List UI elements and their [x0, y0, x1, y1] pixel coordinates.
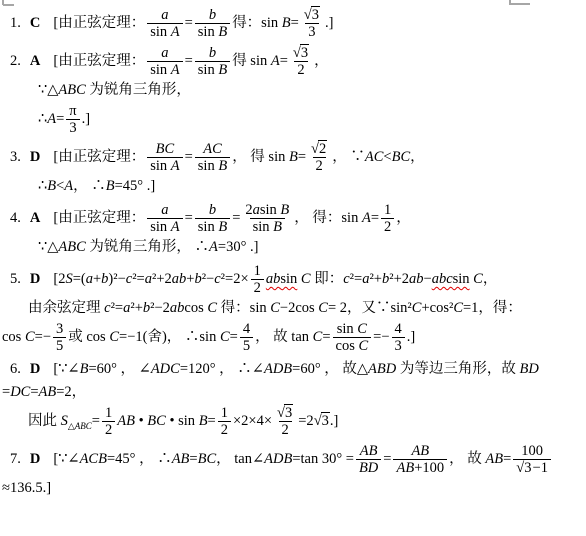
math-text: 3	[312, 7, 319, 23]
math-text: =45° .]	[115, 178, 156, 194]
math-text: <	[383, 149, 391, 165]
fraction-numerator: √2	[308, 141, 330, 157]
fraction: 35	[53, 321, 66, 354]
math-subscript: △ABC	[68, 421, 92, 431]
fraction-numerator: 4	[392, 321, 405, 337]
radical-sign-icon: √	[277, 405, 284, 421]
math-text: sin	[198, 62, 219, 78]
math-text: =tan 30° =	[292, 451, 354, 467]
math-variable: C	[358, 338, 368, 354]
math-text: ∴	[38, 111, 47, 127]
math-text: −1	[533, 460, 548, 476]
math-variable: C	[357, 321, 367, 337]
radical-sign-icon: √	[293, 45, 300, 61]
math-text: sin	[150, 62, 171, 78]
solution-row: 3.D[由正弦定理：BCsin A=ACsin B， 得 sin B=√22， …	[10, 141, 580, 174]
math-text: =(	[73, 271, 86, 287]
math-text: [由正弦定理：	[53, 210, 145, 226]
math-text: 2	[105, 422, 112, 438]
fraction-numerator: a	[158, 202, 171, 218]
math-text: .]	[325, 15, 333, 31]
answer-letter: D	[30, 451, 40, 467]
fraction: asin A	[147, 45, 182, 78]
math-variable: a	[253, 202, 260, 218]
math-variable: AB	[117, 413, 135, 429]
solution-row: 6.D[∵∠B=60° ， ∠ADC=120° ， ∴∠ADB=60° ， 故△…	[10, 359, 580, 380]
math-text: sin	[260, 202, 281, 218]
fraction-numerator: √3	[301, 7, 323, 23]
math-variable: AC	[203, 141, 222, 157]
fraction-denominator: cos C	[333, 337, 372, 354]
math-text: +	[93, 271, 101, 287]
solution-row: 因此 S△ABC=12AB • BC • sin B=12×2×4×√32=2√…	[28, 405, 580, 438]
math-text: ，	[483, 271, 498, 287]
math-text: 即：	[311, 271, 344, 287]
math-text: 3	[69, 120, 76, 136]
fraction: bsin B	[195, 7, 230, 40]
fraction: asin A	[147, 7, 182, 40]
math-text: sin	[198, 24, 219, 40]
math-variable: C	[318, 300, 328, 316]
math-text: ， 得：sin	[294, 210, 362, 226]
math-text: =60° ， 故△	[292, 361, 368, 377]
item-number: 4.	[10, 210, 21, 226]
math-text: =	[208, 413, 216, 429]
fraction-denominator: sin B	[195, 61, 230, 78]
math-text: 3	[285, 405, 292, 421]
math-text: 3	[308, 24, 315, 40]
math-variable: C	[109, 329, 119, 345]
math-text: ∵△	[38, 239, 58, 255]
fraction-denominator: AB+100	[393, 459, 447, 476]
math-variable: B	[218, 158, 227, 174]
math-text: 2	[221, 422, 228, 438]
fraction-numerator: AC	[200, 141, 225, 157]
math-text: cos	[2, 329, 25, 345]
fraction: 12	[251, 263, 264, 296]
solution-row: 5.D[2S=(a+b)²−c²=a²+2ab+b²−c²=2×12absin …	[10, 263, 580, 296]
fraction: BCsin A	[147, 141, 182, 174]
math-text: =	[298, 149, 306, 165]
math-text: =2，	[56, 384, 86, 400]
math-text: 3	[524, 460, 531, 476]
math-text: 得：sin	[232, 15, 282, 31]
fraction-denominator: sin B	[195, 157, 230, 174]
math-text: ²−2	[150, 300, 170, 316]
fraction-numerator: AB	[357, 443, 381, 459]
math-variable: B	[106, 178, 115, 194]
math-text: ²=	[350, 271, 363, 287]
item-number: 5.	[10, 271, 21, 287]
math-text: cos	[184, 300, 207, 316]
math-variable: BD	[519, 361, 538, 377]
fraction-denominator: 2	[218, 421, 231, 438]
fraction-numerator: b	[206, 7, 219, 23]
math-variable: B	[199, 413, 208, 429]
item-number: 3.	[10, 149, 21, 165]
math-text: =	[232, 210, 240, 226]
math-variable: A	[171, 24, 180, 40]
fraction-denominator: 5	[240, 337, 253, 354]
math-variable: B	[218, 62, 227, 78]
math-text: =−	[373, 329, 389, 345]
math-text: =	[503, 451, 511, 467]
solutions-list: 1.C[由正弦定理：asin A=bsin B得：sin B=√33.]2.A[…	[10, 7, 580, 499]
math-text: ²+	[130, 300, 143, 316]
solution-row: ∵△ABC 为锐角三角形，	[38, 80, 580, 101]
math-variable: S	[61, 413, 68, 429]
spellcheck-squiggle-text: absin	[266, 271, 297, 287]
math-text: [由正弦定理：	[53, 149, 145, 165]
math-text: 为锐角三角形，	[86, 82, 191, 98]
math-variable: ab	[409, 271, 424, 287]
math-text: =120° ， ∴∠	[180, 361, 264, 377]
radicand: 3	[523, 459, 532, 476]
math-text: =60° ， ∠	[88, 361, 150, 377]
fraction-denominator: sin A	[147, 218, 182, 235]
math-text: 2	[245, 202, 252, 218]
math-variable: DC	[10, 384, 30, 400]
fraction: bsin B	[195, 45, 230, 78]
fraction-numerator: 3	[53, 321, 66, 337]
math-variable: B	[218, 24, 227, 40]
math-text: ²=	[132, 271, 145, 287]
math-text: ， ∵	[332, 149, 365, 165]
math-text: ，	[396, 210, 411, 226]
math-text: ， 故	[449, 451, 485, 467]
fraction-denominator: 2	[294, 61, 307, 78]
math-variable: ADC	[151, 361, 180, 377]
math-text: 2	[254, 280, 261, 296]
fraction-numerator: 2asin B	[242, 202, 292, 218]
math-text: =2	[298, 413, 313, 429]
answer-key-page: 1.C[由正弦定理：asin A=bsin B得：sin B=√33.]2.A[…	[0, 0, 586, 499]
math-text: 3	[301, 45, 308, 61]
math-variable: B	[280, 202, 289, 218]
math-variable: A	[209, 239, 218, 255]
fraction: √32	[274, 405, 296, 438]
square-root: √3	[277, 405, 293, 421]
math-variable: ab	[170, 300, 185, 316]
math-text: =	[30, 384, 38, 400]
fraction-denominator: sin A	[147, 157, 182, 174]
fraction-numerator: 100	[518, 443, 546, 459]
math-text: = 2，又∵sin²	[328, 300, 412, 316]
math-text: 3	[395, 338, 402, 354]
fraction-denominator: 5	[53, 337, 66, 354]
math-text: 1	[221, 405, 228, 421]
fraction: 45	[240, 321, 253, 354]
math-variable: AB	[411, 443, 429, 459]
answer-letter: D	[30, 271, 40, 287]
math-variable: a	[161, 7, 168, 23]
fraction: sin Ccos C	[333, 321, 372, 354]
solution-row: ∴A=π3.]	[38, 103, 580, 136]
math-text: =−	[35, 329, 51, 345]
math-text: 4	[243, 321, 250, 337]
solution-row: cos C=−35或 cos C=−1(舍)， ∴sin C=45， 故 tan…	[2, 321, 580, 354]
math-variable: B	[273, 219, 282, 235]
fraction: 43	[392, 321, 405, 354]
math-text: =	[185, 210, 193, 226]
math-variable: a	[86, 271, 93, 287]
fraction-numerator: 1	[102, 405, 115, 421]
math-text: =1，得：	[463, 300, 522, 316]
fraction: √33	[301, 7, 323, 40]
answer-letter: D	[30, 361, 40, 377]
fraction: π3	[66, 103, 79, 136]
math-text: sin	[150, 24, 171, 40]
fraction-denominator: 3	[392, 337, 405, 354]
math-text: 由余弦定理	[28, 300, 104, 316]
math-variable: ACB	[80, 451, 107, 467]
math-variable: b	[209, 202, 216, 218]
square-root: √3	[293, 45, 309, 61]
radicand: 3	[311, 6, 320, 23]
math-text: [由正弦定理：	[53, 15, 145, 31]
math-variable: ab	[266, 271, 281, 287]
math-text: 3	[56, 321, 63, 337]
math-text: )²−	[108, 271, 125, 287]
math-text: ²+	[369, 271, 382, 287]
math-text: 得：sin	[217, 300, 270, 316]
math-variable: AB	[485, 451, 503, 467]
math-text: 为锐角三角形， ∴	[86, 239, 209, 255]
math-text: 或 cos	[68, 329, 109, 345]
math-variable: S	[65, 271, 72, 287]
radical-sign-icon: √	[314, 413, 321, 429]
solution-row: 4.A[由正弦定理：asin A=bsin B=2asin Bsin B， 得：…	[10, 202, 580, 235]
math-variable: A	[271, 53, 280, 69]
math-variable: C	[412, 300, 422, 316]
math-text: −	[424, 271, 432, 287]
fraction-numerator: π	[66, 103, 79, 119]
math-text: 1	[105, 405, 112, 421]
math-text: ， 故 tan	[255, 329, 313, 345]
math-variable: AB	[172, 451, 190, 467]
math-variable: ABC	[58, 239, 85, 255]
math-text: .]	[407, 329, 415, 345]
fraction-numerator: √3	[274, 405, 296, 421]
math-text: 2	[282, 422, 289, 438]
math-text: sin	[453, 271, 470, 287]
answer-letter: A	[30, 53, 40, 69]
math-text: =	[322, 329, 330, 345]
math-variable: C	[220, 329, 230, 345]
answer-letter: C	[30, 15, 40, 31]
fraction-denominator: 2	[381, 218, 394, 235]
math-variable: BC	[147, 413, 166, 429]
radical-sign-icon: √	[311, 141, 318, 157]
math-text: [∵∠	[53, 451, 79, 467]
math-text: 100	[521, 443, 543, 459]
math-text: =	[291, 15, 299, 31]
fraction-denominator: sin A	[147, 61, 182, 78]
crop-artifact-right-horizontal	[509, 3, 530, 5]
math-text: 1	[254, 263, 261, 279]
math-variable: BC	[198, 451, 217, 467]
fraction-numerator: √3	[290, 45, 312, 61]
item-number: 7.	[10, 451, 21, 467]
math-variable: B	[218, 219, 227, 235]
math-variable: ABC	[58, 82, 85, 98]
fraction-denominator: 2	[102, 421, 115, 438]
math-variable: A	[171, 62, 180, 78]
math-text: =	[230, 329, 238, 345]
math-text: =	[185, 149, 193, 165]
math-variable: C	[473, 271, 483, 287]
math-variable: AB	[360, 443, 378, 459]
math-variable: C	[313, 329, 323, 345]
math-text: [2	[53, 271, 65, 287]
solution-row: 2.A[由正弦定理：asin A=bsin B得 sin A=√32，	[10, 45, 580, 78]
math-text: sin	[150, 158, 171, 174]
solution-item: 2.A[由正弦定理：asin A=bsin B得 sin A=√32，∵△ABC…	[10, 45, 580, 136]
radicand: 3	[321, 412, 330, 429]
math-variable: AB	[396, 460, 414, 476]
answer-letter: D	[30, 149, 40, 165]
math-text: .]	[330, 413, 338, 429]
math-text: 2	[319, 141, 326, 157]
math-text: =	[185, 15, 193, 31]
math-text: sin	[150, 219, 171, 235]
math-variable: abc	[432, 271, 453, 287]
solution-item: 6.D[∵∠B=60° ， ∠ADC=120° ， ∴∠ADB=60° ， 故△…	[10, 359, 580, 438]
math-text: =	[189, 451, 197, 467]
math-text: =	[383, 451, 391, 467]
math-text: 2	[384, 219, 391, 235]
math-text: +100	[414, 460, 444, 476]
math-text: sin	[253, 219, 274, 235]
fraction-denominator: 3	[305, 23, 318, 40]
math-variable: BC	[392, 149, 411, 165]
fraction: asin A	[147, 202, 182, 235]
math-text: ，	[314, 53, 329, 69]
math-text: sin	[280, 271, 297, 287]
math-text: ， tan∠	[216, 451, 264, 467]
fraction-numerator: b	[206, 202, 219, 218]
math-text: ，	[410, 149, 425, 165]
math-variable: AB	[39, 384, 57, 400]
item-number: 6.	[10, 361, 21, 377]
item-number: 1.	[10, 15, 21, 31]
fraction-denominator: √3−1	[513, 459, 551, 476]
math-text: ²−	[202, 271, 215, 287]
fraction-denominator: 3	[66, 119, 79, 136]
solution-row: 由余弦定理 c²=a²+b²−2abcos C 得：sin C−2cos C= …	[28, 298, 580, 319]
math-text: 5	[56, 338, 63, 354]
math-text: [∵∠	[53, 361, 79, 377]
math-text: 为等边三角形，故	[396, 361, 519, 377]
math-text: =	[280, 53, 288, 69]
math-text: 因此	[28, 413, 61, 429]
math-text: 5	[243, 338, 250, 354]
fraction-denominator: BD	[356, 459, 381, 476]
solution-item: 7.D[∵∠ACB=45° ， ∴AB=BC， tan∠ADB=tan 30° …	[10, 443, 580, 499]
math-variable: a	[161, 45, 168, 61]
math-variable: b	[209, 7, 216, 23]
math-text: ²+2	[389, 271, 409, 287]
fraction-denominator: sin B	[195, 23, 230, 40]
fraction-numerator: 1	[218, 405, 231, 421]
radical-sign-icon: √	[304, 7, 311, 23]
math-variable: B	[282, 15, 291, 31]
fraction: 12	[218, 405, 231, 438]
math-variable: b	[194, 271, 201, 287]
solution-item: 4.A[由正弦定理：asin A=bsin B=2asin Bsin B， 得：…	[10, 202, 580, 258]
math-text: 2	[297, 62, 304, 78]
math-variable: b	[209, 45, 216, 61]
math-text: =30° .]	[218, 239, 259, 255]
fraction-numerator: 1	[251, 263, 264, 279]
fraction-numerator: AB	[408, 443, 432, 459]
math-text: 4	[395, 321, 402, 337]
math-variable: A	[47, 111, 56, 127]
math-variable: BD	[359, 460, 378, 476]
math-text: ×2×4×	[233, 413, 272, 429]
math-text: ， 得 sin	[232, 149, 289, 165]
square-root: √3	[516, 460, 532, 476]
radicand: 3	[300, 44, 309, 61]
math-text: =45° ， ∴	[107, 451, 172, 467]
radicand: 3	[284, 404, 293, 421]
answer-letter: A	[30, 210, 40, 226]
math-variable: ab	[172, 271, 187, 287]
math-variable: ADB	[264, 361, 292, 377]
crop-artifact-left-horizontal	[3, 4, 14, 6]
math-text: 1	[384, 202, 391, 218]
math-text: ∴	[38, 178, 47, 194]
math-text: [由正弦定理：	[53, 53, 145, 69]
solution-row: 7.D[∵∠ACB=45° ， ∴AB=BC， tan∠ADB=tan 30° …	[10, 443, 580, 476]
square-root: √3	[314, 411, 330, 432]
math-text: 2	[316, 158, 323, 174]
fraction-denominator: 2	[313, 157, 326, 174]
math-text: ²=	[111, 300, 124, 316]
math-text: 3	[322, 413, 329, 429]
math-text: .]	[82, 111, 90, 127]
math-variable: A	[64, 178, 73, 194]
math-variable: C	[301, 271, 311, 287]
math-variable: a	[161, 202, 168, 218]
math-text: ²=2×	[221, 271, 249, 287]
math-text: =−1(舍)， ∴sin	[119, 329, 220, 345]
square-root: √2	[311, 141, 327, 157]
math-text: •	[135, 413, 147, 429]
math-text: =	[56, 111, 64, 127]
fraction: ACsin B	[195, 141, 230, 174]
math-text: 得 sin	[232, 53, 271, 69]
fraction-numerator: b	[206, 45, 219, 61]
fraction-numerator: a	[158, 7, 171, 23]
fraction-numerator: BC	[153, 141, 178, 157]
solution-row: ≈136.5.]	[2, 478, 580, 499]
math-text: sin	[198, 219, 219, 235]
fraction: √22	[308, 141, 330, 174]
fraction: √32	[290, 45, 312, 78]
math-variable: BC	[156, 141, 175, 157]
fraction: ABAB+100	[393, 443, 447, 476]
math-text: cos	[336, 338, 359, 354]
fraction: 100√3−1	[513, 443, 551, 476]
math-variable: ADB	[264, 451, 292, 467]
fraction-denominator: 2	[279, 421, 292, 438]
fraction-numerator: 4	[240, 321, 253, 337]
math-text: =	[2, 384, 10, 400]
fraction-denominator: sin B	[250, 218, 285, 235]
math-text: ， ∴	[73, 178, 106, 194]
math-variable: C	[270, 300, 280, 316]
